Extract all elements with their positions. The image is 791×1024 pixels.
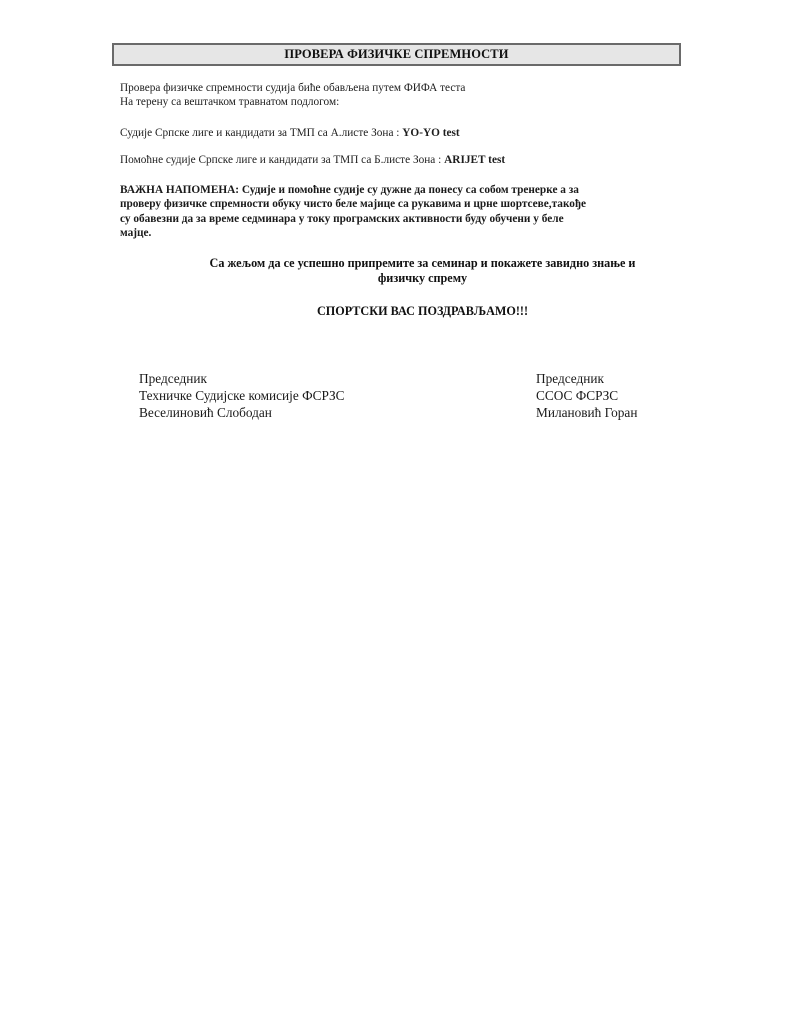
test-line-referees-text: Судије Српске лиге и кандидати за ТМП са… bbox=[120, 127, 402, 139]
signature-right-role: Председник bbox=[536, 370, 637, 387]
test-name-yoyo: YO-YO test bbox=[402, 127, 459, 139]
greeting-text: СПОРТСКИ ВАС ПОЗДРАВЉАМО!!! bbox=[150, 304, 695, 319]
note-line: ВАЖНА НАПОМЕНА: Судије и помоћне судије … bbox=[120, 183, 680, 197]
signature-left-name: Веселиновић Слободан bbox=[139, 404, 345, 421]
test-name-arijet: ARIJET test bbox=[444, 154, 505, 166]
signature-left-role: Председник bbox=[139, 370, 345, 387]
document-page: ПРОВЕРА ФИЗИЧКЕ СПРЕМНОСТИ Провера физич… bbox=[0, 0, 791, 1024]
signature-left: Председник Техничке Судијске комисије ФС… bbox=[139, 370, 345, 421]
note-line: проверу физичке спремности обуку чисто б… bbox=[120, 197, 680, 211]
intro-line-2: На терену са вештачком травнатом подлого… bbox=[120, 95, 339, 109]
important-note: ВАЖНА НАПОМЕНА: Судије и помоћне судије … bbox=[120, 183, 680, 240]
closing-line-1: Са жељом да се успешно припремите за сем… bbox=[150, 256, 695, 271]
closing-line-2: физичку спрему bbox=[150, 271, 695, 286]
test-line-assistants: Помоћне судије Српске лиге и кандидати з… bbox=[120, 153, 505, 167]
signature-right-body: ССОС ФСРЗС bbox=[536, 387, 637, 404]
test-line-referees: Судије Српске лиге и кандидати за ТМП са… bbox=[120, 126, 460, 140]
note-line: су обавезни да за време седминара у току… bbox=[120, 212, 680, 226]
signature-right: Председник ССОС ФСРЗС Милановић Горан bbox=[536, 370, 637, 421]
intro-line-1: Провера физичке спремности судија биће о… bbox=[120, 81, 465, 95]
test-line-assistants-text: Помоћне судије Српске лиге и кандидати з… bbox=[120, 154, 444, 166]
signature-right-name: Милановић Горан bbox=[536, 404, 637, 421]
closing-message: Са жељом да се успешно припремите за сем… bbox=[150, 256, 695, 286]
title-box: ПРОВЕРА ФИЗИЧКЕ СПРЕМНОСТИ bbox=[112, 43, 681, 66]
note-line: мајце. bbox=[120, 226, 680, 240]
page-title: ПРОВЕРА ФИЗИЧКЕ СПРЕМНОСТИ bbox=[284, 47, 508, 62]
closing-greeting: СПОРТСКИ ВАС ПОЗДРАВЉАМО!!! bbox=[150, 304, 695, 319]
signature-left-body: Техничке Судијске комисије ФСРЗС bbox=[139, 387, 345, 404]
